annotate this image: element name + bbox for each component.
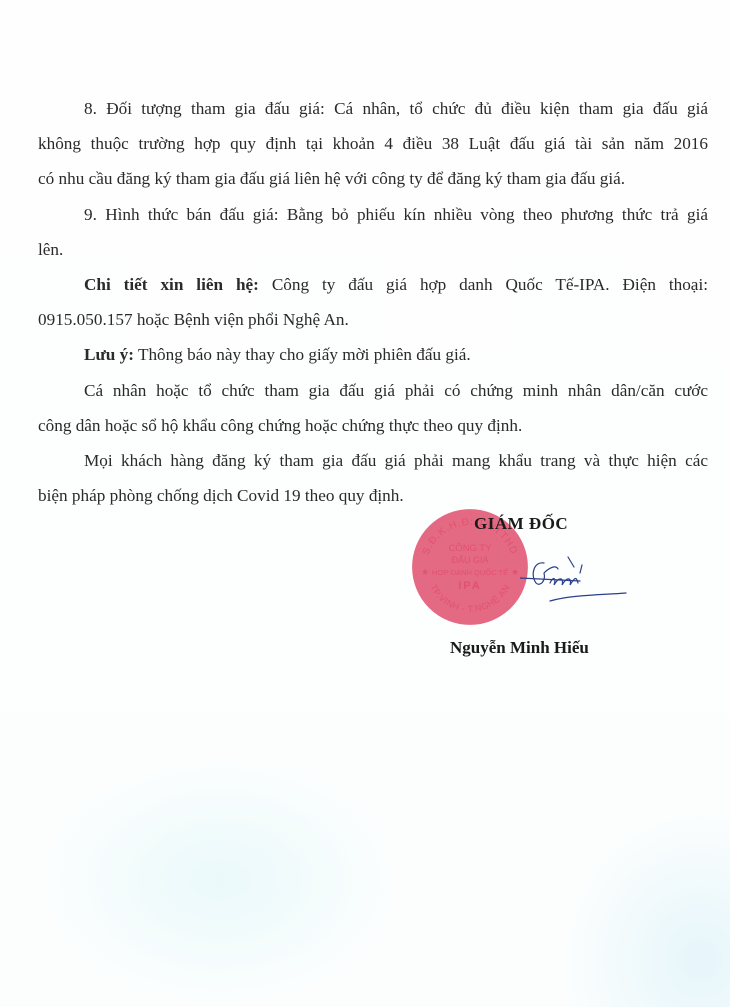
id-requirement-line-2: công dân hoặc sổ hộ khẩu công chứng hoặc…	[38, 408, 708, 443]
contact-text: Công ty đấu giá hợp danh Quốc Tế-IPA. Đi…	[259, 275, 708, 294]
item-9: 9. Hình thức bán đấu giá: Bằng bỏ phiếu …	[38, 197, 708, 267]
contact-label: Chi tiết xin liên hệ:	[84, 275, 259, 294]
item-8: 8. Đối tượng tham gia đấu giá: Cá nhân, …	[38, 91, 708, 197]
document-body: 8. Đối tượng tham gia đấu giá: Cá nhân, …	[38, 91, 708, 513]
covid-requirement-paragraph: Mọi khách hàng đăng ký tham gia đấu giá …	[38, 443, 708, 513]
id-requirement-line-1: Cá nhân hoặc tổ chức tham gia đấu giá ph…	[38, 373, 708, 408]
contact-line-1: Chi tiết xin liên hệ: Công ty đấu giá hợ…	[38, 267, 708, 302]
covid-requirement-line-1: Mọi khách hàng đăng ký tham gia đấu giá …	[38, 443, 708, 478]
item-9-line-1: 9. Hình thức bán đấu giá: Bằng bỏ phiếu …	[38, 197, 708, 232]
contact-paragraph: Chi tiết xin liên hệ: Công ty đấu giá hợ…	[38, 267, 708, 337]
note-paragraph: Lưu ý: Thông báo này thay cho giấy mời p…	[38, 337, 708, 372]
signature-title: GIÁM ĐỐC	[474, 514, 568, 534]
note-line: Lưu ý: Thông báo này thay cho giấy mời p…	[38, 337, 708, 372]
item-8-line-1: 8. Đối tượng tham gia đấu giá: Cá nhân, …	[38, 91, 708, 126]
item-8-line-3: có nhu cầu đăng ký tham gia đấu giá liên…	[38, 161, 708, 196]
signatory-name: Nguyễn Minh Hiếu	[450, 638, 589, 658]
handwritten-signature	[520, 545, 630, 605]
contact-line-2: 0915.050.157 hoặc Bệnh viện phổi Nghệ An…	[38, 302, 708, 337]
note-label: Lưu ý:	[84, 345, 134, 364]
item-9-line-2: lên.	[38, 232, 708, 267]
id-requirement-paragraph: Cá nhân hoặc tổ chức tham gia đấu giá ph…	[38, 373, 708, 443]
stamp-line-1: CÔNG TY	[448, 543, 492, 554]
signature-block: S.Đ.K.H.Đ: 15/TTHD TP.VINH - T.NGHỆ AN C…	[400, 505, 660, 675]
stamp-line-4: IPA	[458, 580, 482, 592]
stamp-line-3: HỢP DANH QUỐC TẾ	[432, 567, 508, 577]
note-text: Thông báo này thay cho giấy mời phiên đấ…	[134, 345, 471, 364]
item-8-line-2: không thuộc trường hợp quy định tại khoả…	[38, 126, 708, 161]
stamp-star-left-icon: ★	[421, 567, 429, 577]
stamp-line-2: ĐẤU GIÁ	[451, 555, 488, 565]
stamp-star-right-icon: ★	[511, 567, 519, 577]
